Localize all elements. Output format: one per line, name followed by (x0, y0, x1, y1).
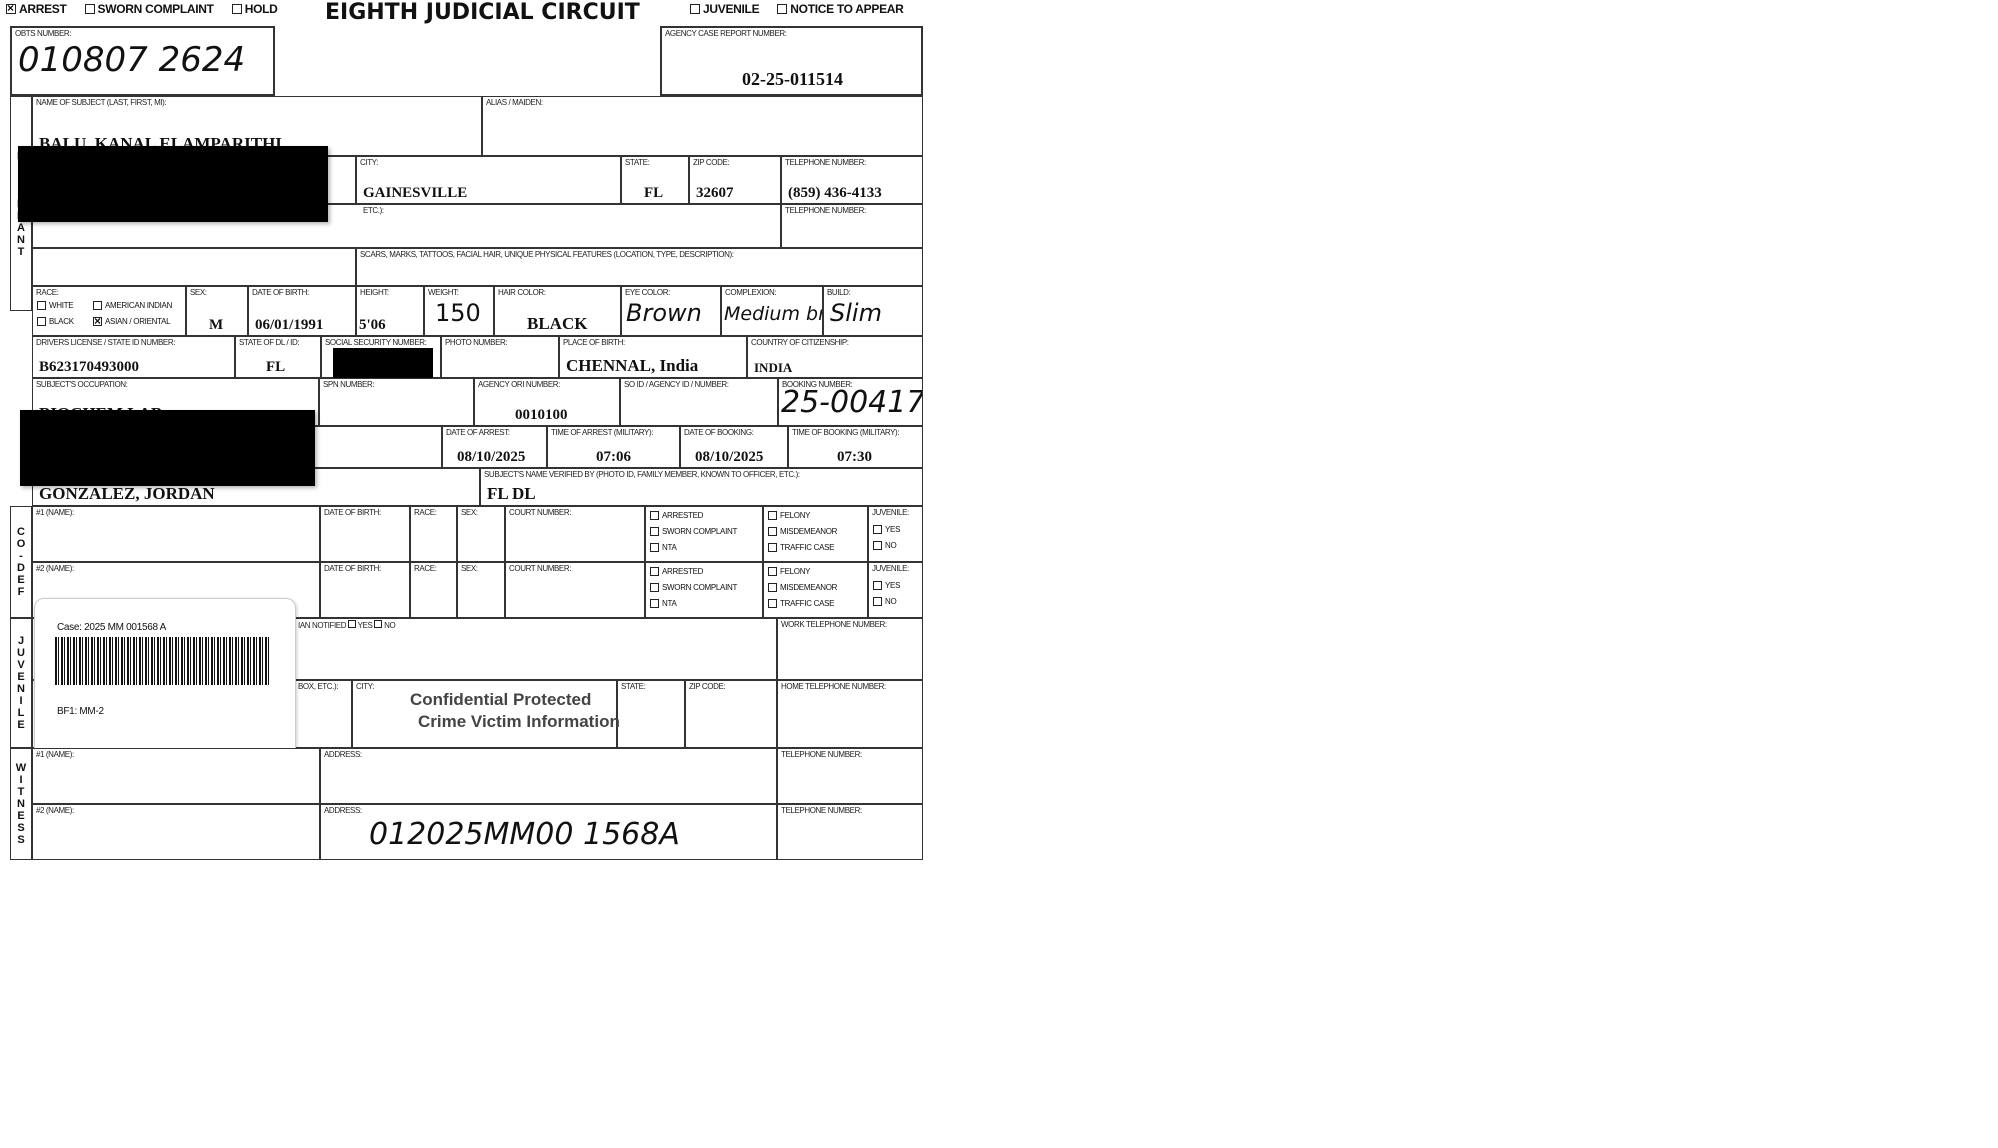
arrest-form-lower (0, 0, 930, 1148)
